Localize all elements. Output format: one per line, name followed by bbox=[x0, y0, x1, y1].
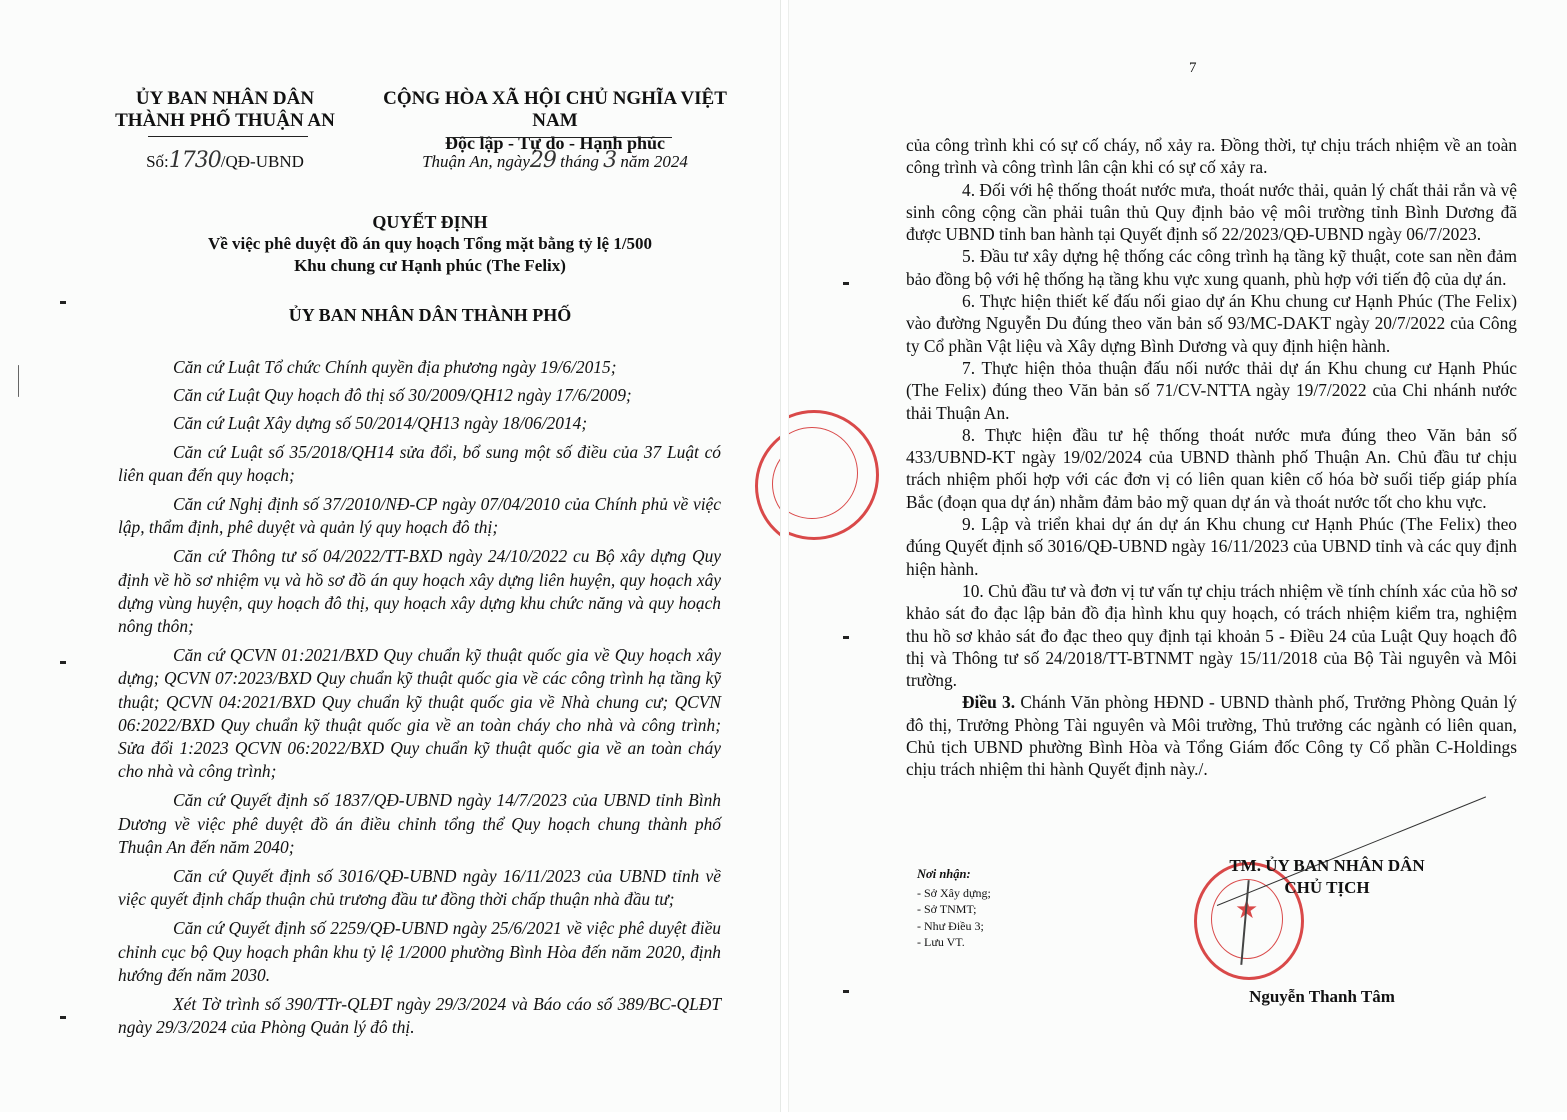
national-title: CỘNG HÒA XÃ HỘI CHỦ NGHĨA VIỆT NAM bbox=[360, 88, 750, 132]
scan-mark bbox=[60, 661, 66, 664]
signer-on-behalf: TM. ỦY BAN NHÂN DÂN bbox=[1187, 855, 1467, 877]
scan-mark bbox=[843, 990, 849, 993]
requirement-item: 9. Lập và triển khai dự án dự án Khu chu… bbox=[906, 513, 1517, 580]
date-place: Thuận An, ngày bbox=[422, 152, 530, 171]
decision-subject-line-1: Về việc phê duyệt đồ án quy hoạch Tổng m… bbox=[100, 233, 760, 255]
requirement-item: 5. Đầu tư xây dựng hệ thống các công trì… bbox=[906, 245, 1517, 290]
scan-mark bbox=[60, 1016, 66, 1019]
legal-basis-item: Căn cứ Nghị định số 37/2010/NĐ-CP ngày 0… bbox=[118, 493, 721, 539]
motto-underline bbox=[447, 137, 672, 138]
agency-line-1: ỦY BAN NHÂN DÂN bbox=[100, 88, 350, 110]
recipient-item: - Lưu VT. bbox=[917, 934, 991, 951]
requirement-item: 8. Thực hiện đầu tư hệ thống thoát nước … bbox=[906, 424, 1517, 513]
legal-bases: Căn cứ Luật Tổ chức Chính quyền địa phươ… bbox=[118, 356, 721, 1045]
requirement-item: 7. Thực hiện thỏa thuận đấu nối nước thả… bbox=[906, 357, 1517, 424]
date-year: năm 2024 bbox=[620, 152, 688, 171]
signer-title-block: TM. ỦY BAN NHÂN DÂN CHỦ TỊCH bbox=[1187, 855, 1467, 899]
requirement-item: 4. Đối với hệ thống thoát nước mưa, thoá… bbox=[906, 179, 1517, 246]
agency-line-2: THÀNH PHỐ THUẬN AN bbox=[100, 110, 350, 132]
document-page-left: ỦY BAN NHÂN DÂN THÀNH PHỐ THUẬN AN CỘNG … bbox=[0, 0, 781, 1112]
continued-paragraph: của công trình khi có sự cố cháy, nổ xảy… bbox=[906, 134, 1517, 179]
article-3-label: Điều 3. bbox=[962, 692, 1015, 712]
doc-number-suffix: /QĐ-UBND bbox=[221, 152, 304, 171]
scan-mark bbox=[843, 282, 849, 285]
decision-heading: QUYẾT ĐỊNH bbox=[100, 211, 760, 233]
recipient-item: - Sở Xây dựng; bbox=[917, 885, 991, 902]
legal-basis-item: Căn cứ Luật số 35/2018/QH14 sửa đổi, bổ … bbox=[118, 441, 721, 487]
national-heading: CỘNG HÒA XÃ HỘI CHỦ NGHĨA VIỆT NAM Độc l… bbox=[360, 88, 750, 154]
decision-subject-line-2: Khu chung cư Hạnh phúc (The Felix) bbox=[100, 255, 760, 277]
signer-name: Nguyễn Thanh Tâm bbox=[1187, 987, 1457, 1007]
document-number: Số:1730/QĐ-UBND bbox=[100, 148, 350, 173]
legal-basis-item: Căn cứ QCVN 01:2021/BXD Quy chuẩn kỹ thu… bbox=[118, 644, 721, 783]
legal-basis-item: Căn cứ Quyết định số 1837/QĐ-UBND ngày 1… bbox=[118, 789, 721, 859]
decision-title: QUYẾT ĐỊNH Về việc phê duyệt đồ án quy h… bbox=[100, 211, 760, 277]
legal-basis-item: Căn cứ Quyết định số 3016/QĐ-UBND ngày 1… bbox=[118, 865, 721, 911]
page-number: 7 bbox=[1189, 60, 1197, 77]
document-date: Thuận An, ngày29 tháng 3 năm 2024 bbox=[360, 148, 750, 173]
date-day-handwritten: 29 bbox=[530, 148, 556, 173]
date-month-handwritten: 3 bbox=[603, 148, 616, 173]
requirement-item: 6. Thực hiện thiết kế đấu nối giao dự án… bbox=[906, 290, 1517, 357]
legal-basis-item: Căn cứ Luật Xây dựng số 50/2014/QH13 ngà… bbox=[118, 412, 721, 435]
legal-basis-item: Căn cứ Luật Quy hoạch đô thị số 30/2009/… bbox=[118, 384, 721, 407]
doc-number-handwritten: 1730 bbox=[169, 148, 221, 173]
issuing-authority: ỦY BAN NHÂN DÂN THÀNH PHỐ bbox=[100, 305, 760, 326]
document-page-right: 7 của công trình khi có sự cố cháy, nổ x… bbox=[788, 0, 1567, 1112]
legal-basis-item: Căn cứ Thông tư số 04/2022/TT-BXD ngày 2… bbox=[118, 545, 721, 638]
partial-seal-stamp-icon bbox=[789, 410, 879, 540]
date-month-label: tháng bbox=[560, 152, 599, 171]
recipients-list: Nơi nhận: - Sở Xây dựng; - Sở TNMT; - Nh… bbox=[917, 866, 991, 951]
decision-body: của công trình khi có sự cố cháy, nổ xảy… bbox=[906, 134, 1517, 781]
recipient-item: - Như Điều 3; bbox=[917, 918, 991, 935]
issuing-agency: ỦY BAN NHÂN DÂN THÀNH PHỐ THUẬN AN bbox=[100, 88, 350, 132]
recipients-heading: Nơi nhận: bbox=[917, 866, 991, 883]
pen-mark bbox=[18, 365, 19, 397]
scan-mark bbox=[843, 636, 849, 639]
signer-position: CHỦ TỊCH bbox=[1187, 877, 1467, 899]
legal-basis-item: Xét Tờ trình số 390/TTr-QLĐT ngày 29/3/2… bbox=[118, 993, 721, 1039]
doc-number-prefix: Số: bbox=[146, 152, 169, 171]
legal-basis-item: Căn cứ Luật Tổ chức Chính quyền địa phươ… bbox=[118, 356, 721, 379]
recipient-item: - Sở TNMT; bbox=[917, 901, 991, 918]
partial-seal-stamp-icon bbox=[755, 423, 780, 549]
scan-mark bbox=[60, 301, 66, 304]
agency-underline bbox=[148, 136, 308, 137]
requirement-item: 10. Chủ đầu tư và đơn vị tư vấn tự chịu … bbox=[906, 580, 1517, 691]
article-3: Điều 3. Chánh Văn phòng HĐND - UBND thàn… bbox=[906, 691, 1517, 780]
legal-basis-item: Căn cứ Quyết định số 2259/QĐ-UBND ngày 2… bbox=[118, 917, 721, 987]
